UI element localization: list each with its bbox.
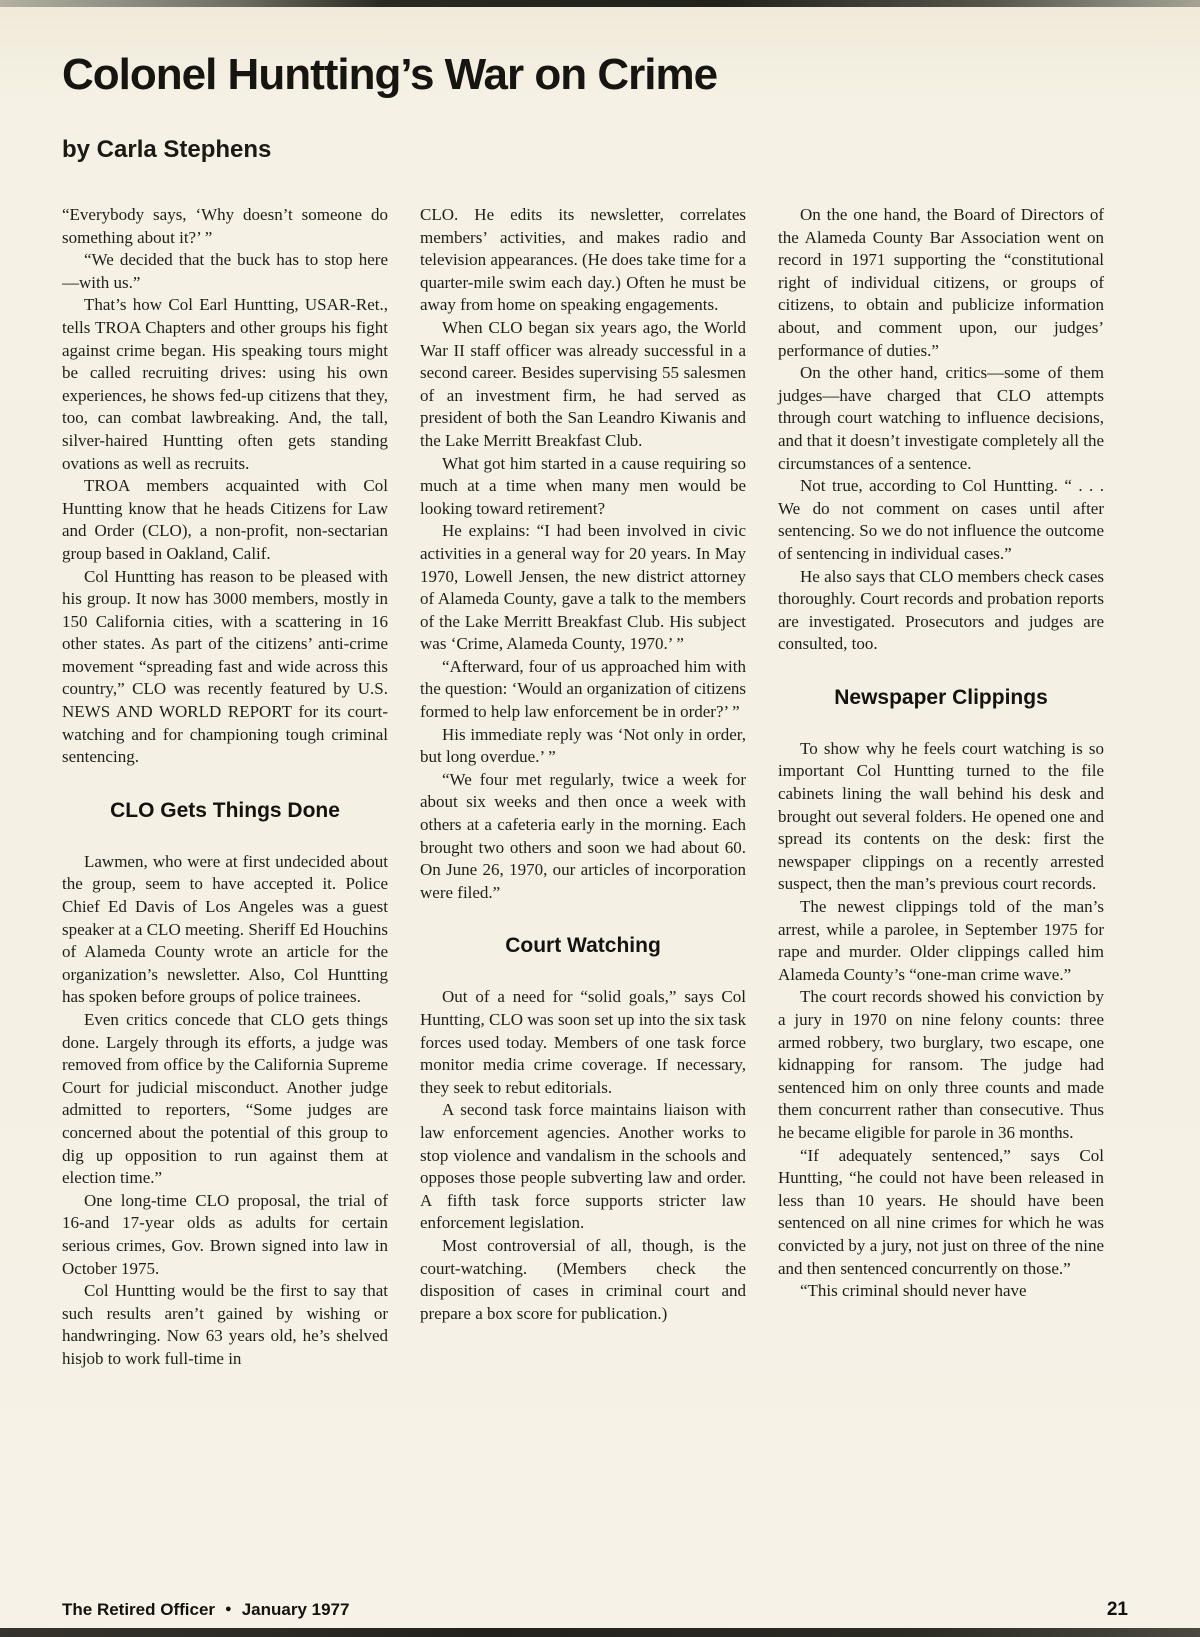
paragraph: “If adequately sentenced,” says Col Hunt… — [778, 1145, 1104, 1281]
journal-name: The Retired Officer — [62, 1600, 215, 1620]
article-content: Colonel Huntting’s War on Crime by Carla… — [0, 0, 1200, 1371]
paragraph: He explains: “I had been involved in civ… — [420, 520, 746, 656]
footer-journal-line: The Retired Officer ● January 1977 — [62, 1600, 349, 1620]
paragraph: To show why he feels court watching is s… — [778, 738, 1104, 896]
paragraph: Col Huntting would be the first to say t… — [62, 1280, 388, 1370]
paragraph: Even critics concede that CLO gets thing… — [62, 1009, 388, 1190]
paragraph: One long-time CLO proposal, the trial of… — [62, 1190, 388, 1280]
text-column-1: “Everybody says, ‘Why doesn’t someone do… — [62, 204, 388, 1371]
page-top-edge — [0, 0, 1200, 7]
paragraph: “Afterward, four of us approached him wi… — [420, 656, 746, 724]
paragraph: Lawmen, who were at first undecided abou… — [62, 851, 388, 1009]
paragraph: “We decided that the buck has to stop he… — [62, 249, 388, 294]
paragraph: “This criminal should never have — [778, 1280, 1104, 1303]
paragraph: That’s how Col Earl Huntting, USAR-Ret.,… — [62, 294, 388, 475]
page-bottom-edge — [0, 1628, 1200, 1637]
page-title: Colonel Huntting’s War on Crime — [62, 50, 1104, 100]
page-number: 21 — [1107, 1599, 1128, 1621]
paragraph: Not true, according to Col Huntting. “ .… — [778, 475, 1104, 565]
text-column-2: CLO. He edits its newsletter, correlates… — [420, 204, 746, 1371]
paragraph: What got him started in a cause requirin… — [420, 453, 746, 521]
paragraph: A second task force maintains liaison wi… — [420, 1099, 746, 1235]
paragraph: Most controversial of all, though, is th… — [420, 1235, 746, 1325]
paragraph: Out of a need for “solid goals,” says Co… — [420, 986, 746, 1099]
section-heading: Newspaper Clippings — [778, 686, 1104, 710]
paragraph: The court records showed his conviction … — [778, 986, 1104, 1144]
paragraph: He also says that CLO members check case… — [778, 566, 1104, 656]
paragraph: His immediate reply was ‘Not only in ord… — [420, 724, 746, 769]
paragraph: CLO. He edits its newsletter, correlates… — [420, 204, 746, 317]
paragraph: On the one hand, the Board of Directors … — [778, 204, 1104, 362]
paragraph: When CLO began six years ago, the World … — [420, 317, 746, 453]
page-footer: The Retired Officer ● January 1977 21 — [62, 1599, 1128, 1621]
article-columns: “Everybody says, ‘Why doesn’t someone do… — [62, 204, 1104, 1371]
section-heading: Court Watching — [420, 934, 746, 958]
magazine-page: Colonel Huntting’s War on Crime by Carla… — [0, 0, 1200, 1637]
paragraph: “Everybody says, ‘Why doesn’t someone do… — [62, 204, 388, 249]
paragraph: On the other hand, critics—some of them … — [778, 362, 1104, 475]
issue-date: January 1977 — [242, 1600, 350, 1620]
byline: by Carla Stephens — [62, 136, 1104, 164]
paragraph: The newest clippings told of the man’s a… — [778, 896, 1104, 986]
bullet-separator-icon: ● — [225, 1604, 232, 1615]
paragraph: “We four met regularly, twice a week for… — [420, 769, 746, 905]
paragraph: Col Huntting has reason to be pleased wi… — [62, 566, 388, 769]
section-heading: CLO Gets Things Done — [62, 799, 388, 823]
text-column-3: On the one hand, the Board of Directors … — [778, 204, 1104, 1371]
paragraph: TROA members acquainted with Col Hunttin… — [62, 475, 388, 565]
